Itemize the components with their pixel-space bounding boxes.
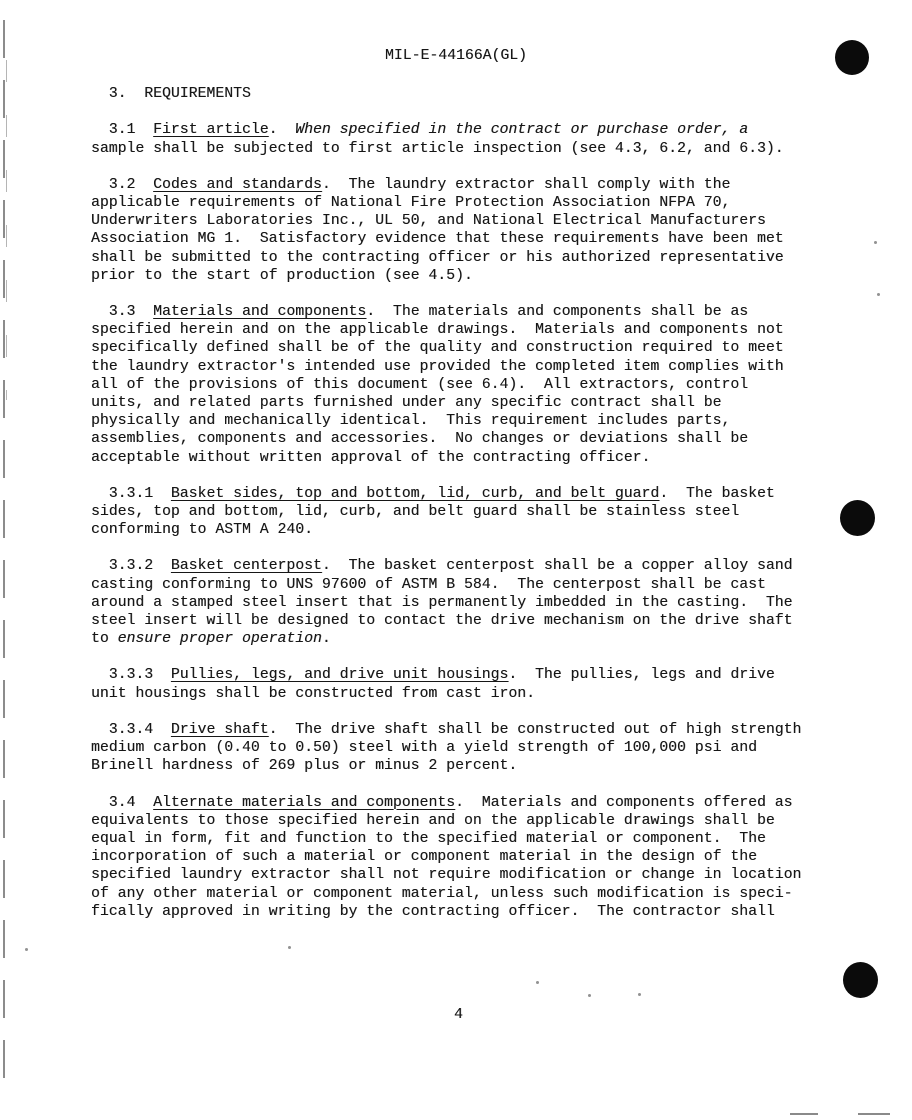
text-run: Pullies, legs, and drive unit housings (171, 667, 508, 683)
paragraph-3-3-4: 3.3.4 Drive shaft. The drive shaft shall… (91, 721, 873, 776)
paragraph-3-3-1: 3.3.1 Basket sides, top and bottom, lid,… (91, 485, 873, 540)
scan-artifact-dash (858, 1113, 890, 1115)
scan-speck (877, 293, 880, 296)
punch-hole-mark-top (835, 40, 869, 75)
paragraph-3-4: 3.4 Alternate materials and components. … (91, 794, 873, 921)
scan-speck (25, 948, 28, 951)
scan-speck (638, 993, 641, 996)
document-id-header: MIL-E-44166A(GL) (0, 0, 912, 65)
text-run: 3.4 (91, 795, 153, 811)
scan-artifact-dash (790, 1113, 818, 1115)
text-run: 3.1 (91, 122, 153, 138)
scan-speck (288, 946, 291, 949)
paragraph-3-3-3: 3.3.3 Pullies, legs, and drive unit hous… (91, 666, 873, 702)
text-run: sample shall be subjected to first artic… (91, 141, 784, 157)
paragraph-3-2: 3.2 Codes and standards. The laundry ext… (91, 176, 873, 285)
paragraph-3-3-2: 3.3.2 Basket centerpost. The basket cent… (91, 557, 873, 648)
text-run: Drive shaft (171, 722, 269, 738)
text-run: 3.3.1 (91, 486, 171, 502)
text-run: Codes and standards (153, 177, 322, 193)
punch-hole-mark-bottom (843, 962, 878, 998)
section-heading-requirements: 3. REQUIREMENTS (91, 85, 873, 103)
text-run: 3.3.4 (91, 722, 171, 738)
text-run: Alternate materials and components (153, 795, 455, 811)
scan-speck (874, 241, 877, 244)
scan-speck (536, 981, 539, 984)
punch-hole-mark-middle (840, 500, 875, 536)
text-run: Materials and components (153, 304, 366, 320)
paragraphs-container: 3.1 First article. When specified in the… (91, 121, 873, 921)
text-run: ensure proper operation (118, 631, 322, 647)
text-run: 3.3.2 (91, 558, 171, 574)
text-run: . Materials and components offered as eq… (91, 795, 801, 920)
text-run: . The materials and components shall be … (91, 304, 784, 466)
scan-speck (588, 994, 591, 997)
scan-edge-artifacts-secondary (6, 60, 7, 400)
text-run: First article (153, 122, 268, 138)
text-run: . (269, 122, 296, 138)
text-run: 3.2 (91, 177, 153, 193)
text-run: 3.3 (91, 304, 153, 320)
text-run: 3.3.3 (91, 667, 171, 683)
text-run: Basket centerpost (171, 558, 322, 574)
text-run: . (322, 631, 331, 647)
paragraph-3-3: 3.3 Materials and components. The materi… (91, 303, 873, 467)
paragraph-3-1: 3.1 First article. When specified in the… (91, 121, 873, 157)
page-number: 4 (454, 1006, 463, 1024)
scan-edge-artifacts (3, 20, 5, 1080)
document-body: 3. REQUIREMENTS 3.1 First article. When … (91, 85, 873, 921)
text-run: When specified in the contract or purcha… (295, 122, 748, 138)
document-page: MIL-E-44166A(GL) 3. REQUIREMENTS 3.1 Fir… (0, 0, 912, 1120)
text-run: Basket sides, top and bottom, lid, curb,… (171, 486, 659, 502)
